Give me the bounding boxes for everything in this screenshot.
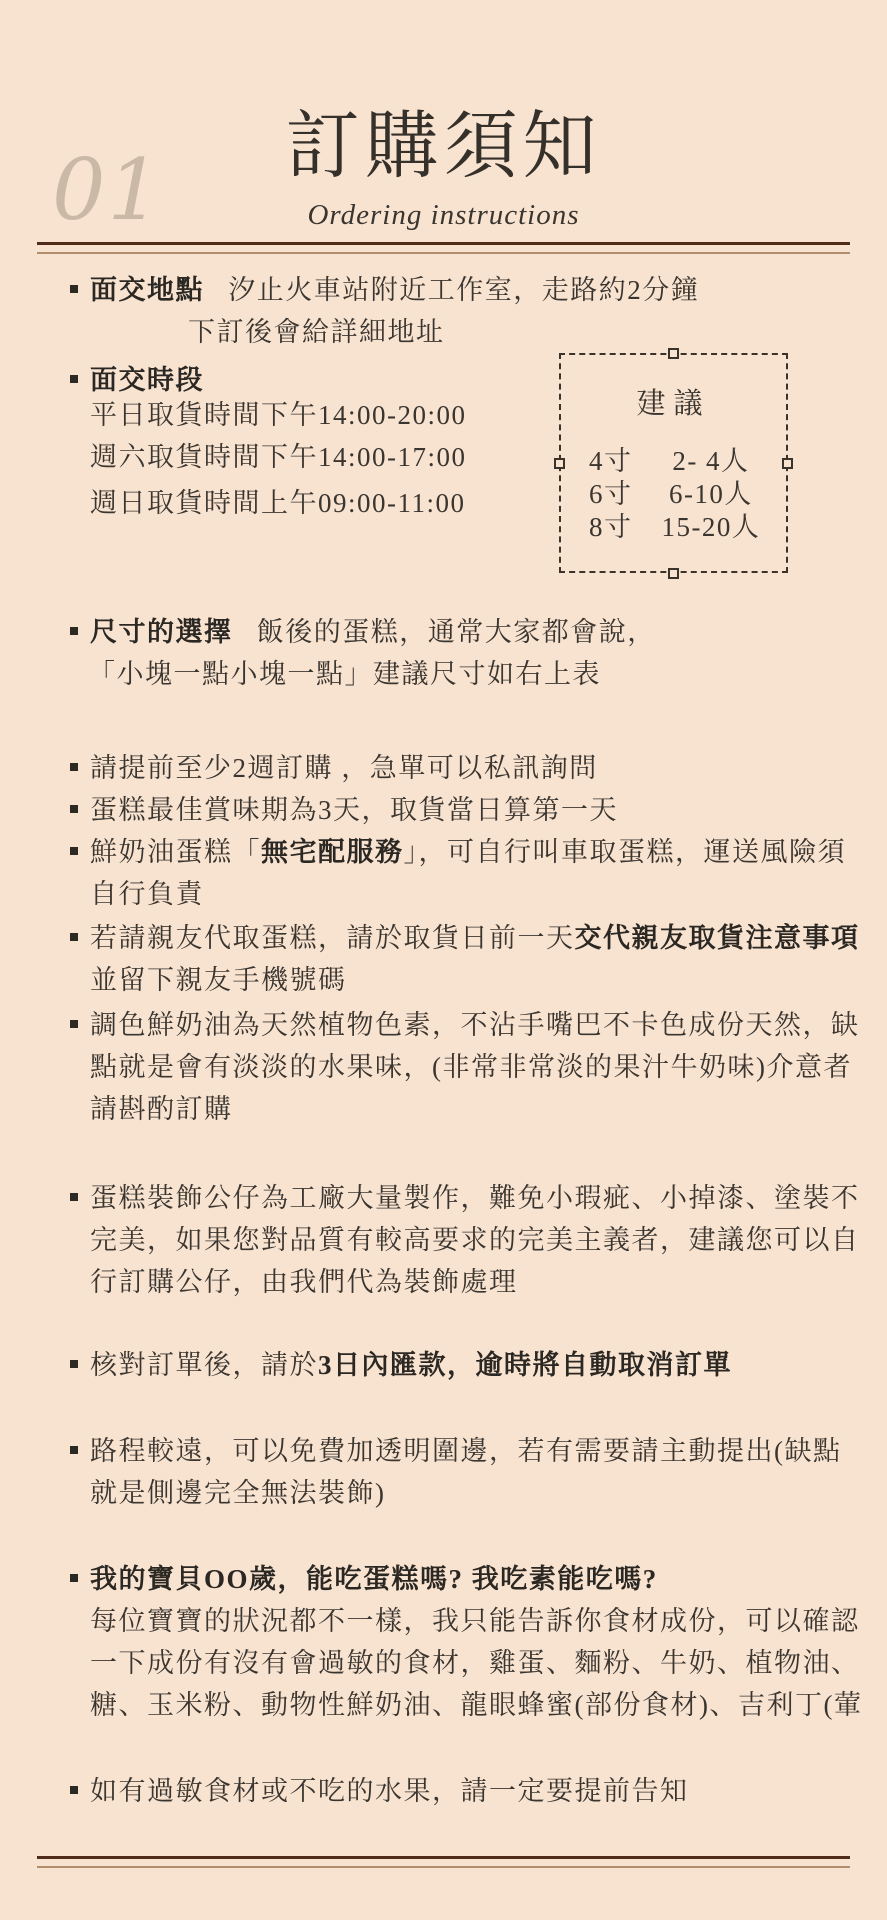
allergy-text: 如有過敏食材或不吃的水果，請一定要提前告知 — [90, 1776, 689, 1806]
rim-line2-text: 就是側邊完全無法裝飾) — [90, 1478, 386, 1508]
bullet-icon — [70, 933, 78, 941]
bottom-rule-dark — [37, 1856, 850, 1859]
no-delivery-continued: 自行負責 — [90, 878, 204, 911]
list-item-meetup-location: 面交地點 汐止火車站附近工作室，走路約2分鐘 — [90, 274, 699, 307]
proxy-pickup-pre: 若請親友代取蛋糕，請於取貨日前一天 — [90, 923, 575, 953]
meetup-location-note-text: 下訂後會給詳細地址 — [188, 317, 445, 347]
page-title: 訂購須知 — [0, 100, 887, 194]
meetup-location-label: 面交地點 — [90, 275, 204, 305]
hours-sunday: 週日取貨時間上午09:00-11:00 — [90, 487, 466, 520]
figurine-line3: 行訂購公仔，由我們代為裝飾處理 — [90, 1266, 518, 1299]
coloring-line2: 點就是會有淡淡的水果味，(非常非常淡的果汁牛奶味)介意者 — [90, 1051, 852, 1084]
top-rule-light — [37, 252, 850, 254]
proxy-pickup-continued-text: 並留下親友手機號碼 — [90, 965, 347, 995]
hours-weekday: 平日取貨時間下午14:00-20:00 — [90, 399, 467, 432]
list-item-meetup-hours: 面交時段 — [90, 364, 204, 397]
no-delivery-post: 」，可自行叫車取蛋糕，運送風險須 — [404, 837, 847, 867]
bullet-icon — [70, 375, 78, 383]
bullet-icon — [70, 1360, 78, 1368]
coloring-line3-text: 請斟酌訂購 — [90, 1094, 233, 1124]
payment-bold: 3日內匯款，逾時將自動取消訂單 — [318, 1350, 732, 1380]
list-item-coloring: 調色鮮奶油為天然植物色素，不沾手嘴巴不卡色成份天然，缺 — [90, 1009, 860, 1042]
proxy-pickup-continued: 並留下親友手機號碼 — [90, 964, 347, 997]
figurine-line1: 蛋糕裝飾公仔為工廠大量製作，難免小瑕疵、小掉漆、塗裝不 — [90, 1183, 860, 1213]
coloring-line1: 調色鮮奶油為天然植物色素，不沾手嘴巴不卡色成份天然，缺 — [90, 1010, 860, 1040]
size-choice-continued: 「小塊一點小塊一點」建議尺寸如右上表 — [88, 658, 601, 691]
order-ahead-text: 請提前至少2週訂購 ，急單可以私訊詢問 — [90, 753, 598, 783]
list-item-baby-question: 我的寶貝OO歲，能吃蛋糕嗎? 我吃素能吃嗎? — [90, 1563, 658, 1596]
selection-handle-left-icon — [554, 458, 565, 469]
baby-line2: 一下成份有沒有會過敏的食材，雞蛋、麵粉、牛奶、植物油、 — [90, 1647, 860, 1680]
list-item-no-delivery: 鮮奶油蛋糕「無宅配服務」，可自行叫車取蛋糕，運送風險須 — [90, 836, 846, 869]
serving-count: 15-20人 — [653, 505, 769, 544]
hours-saturday-text: 週六取貨時間下午14:00-17:00 — [90, 442, 467, 472]
meetup-hours-label: 面交時段 — [90, 365, 204, 395]
list-item-size-choice: 尺寸的選擇 飯後的蛋糕，通常大家都會說， — [90, 616, 656, 649]
size-choice-continued-text: 「小塊一點小塊一點」建議尺寸如右上表 — [88, 659, 601, 689]
coloring-line3: 請斟酌訂購 — [90, 1093, 233, 1126]
baby-question-text: 我的寶貝OO歲，能吃蛋糕嗎? 我吃素能吃嗎? — [90, 1564, 658, 1594]
bullet-icon — [70, 1193, 78, 1201]
figurine-line2: 完美，如果您對品質有較高要求的完美主義者，建議您可以自 — [90, 1224, 860, 1257]
list-item-best-before: 蛋糕最佳賞味期為3天，取貨當日算第一天 — [90, 794, 618, 827]
best-before-text: 蛋糕最佳賞味期為3天，取貨當日算第一天 — [90, 795, 618, 825]
selection-handle-bottom-icon — [668, 568, 679, 579]
proxy-pickup-bold: 交代親友取貨注意事項 — [575, 923, 860, 953]
size-choice-label: 尺寸的選擇 — [90, 617, 233, 647]
hours-weekday-text: 平日取貨時間下午14:00-20:00 — [90, 400, 467, 430]
figurine-line3-text: 行訂購公仔，由我們代為裝飾處理 — [90, 1267, 518, 1297]
list-item-allergy: 如有過敏食材或不吃的水果，請一定要提前告知 — [90, 1775, 689, 1808]
no-delivery-pre: 鮮奶油蛋糕「 — [90, 837, 261, 867]
bullet-icon — [70, 1574, 78, 1582]
suggestion-row: 8寸 15-20人 — [589, 505, 769, 544]
bottom-rule-light — [37, 1866, 850, 1868]
suggestion-box-title: 建議 — [561, 381, 786, 422]
bullet-icon — [70, 1446, 78, 1454]
list-item-figurine: 蛋糕裝飾公仔為工廠大量製作，難免小瑕疵、小掉漆、塗裝不 — [90, 1182, 860, 1215]
bullet-icon — [70, 1786, 78, 1794]
hours-saturday: 週六取貨時間下午14:00-17:00 — [90, 441, 467, 474]
baby-line3-text: 糖、玉米粉、動物性鮮奶油、龍眼蜂蜜(部份食材)、吉利丁(葷 — [90, 1690, 862, 1720]
payment-pre: 核對訂單後，請於 — [90, 1350, 318, 1380]
baby-line1: 每位寶寶的狀況都不一樣，我只能告訴你食材成份，可以確認 — [90, 1605, 860, 1638]
selection-handle-top-icon — [668, 348, 679, 359]
no-delivery-bold: 無宅配服務 — [261, 837, 404, 867]
list-item-order-ahead: 請提前至少2週訂購 ，急單可以私訊詢問 — [90, 752, 598, 785]
baby-line1-text: 每位寶寶的狀況都不一樣，我只能告訴你食材成份，可以確認 — [90, 1606, 860, 1636]
rim-line2: 就是側邊完全無法裝飾) — [90, 1477, 386, 1510]
page-subtitle: Ordering instructions — [0, 198, 887, 232]
bullet-icon — [70, 1020, 78, 1028]
bullet-icon — [70, 805, 78, 813]
selection-handle-right-icon — [782, 458, 793, 469]
baby-line2-text: 一下成份有沒有會過敏的食材，雞蛋、麵粉、牛奶、植物油、 — [90, 1648, 860, 1678]
list-item-payment: 核對訂單後，請於3日內匯款，逾時將自動取消訂單 — [90, 1349, 732, 1382]
size-choice-text: 飯後的蛋糕，通常大家都會說， — [257, 617, 656, 647]
top-rule-dark — [37, 242, 850, 245]
bullet-icon — [70, 285, 78, 293]
coloring-line2-text: 點就是會有淡淡的水果味，(非常非常淡的果汁牛奶味)介意者 — [90, 1052, 852, 1082]
size-suggestion-box: 建議 4寸 2- 4人 6寸 6-10人 8寸 15-20人 — [559, 353, 788, 573]
figurine-line2-text: 完美，如果您對品質有較高要求的完美主義者，建議您可以自 — [90, 1225, 860, 1255]
rim-line1: 路程較遠，可以免費加透明圍邊，若有需要請主動提出(缺點 — [90, 1436, 842, 1466]
cake-size: 8寸 — [589, 505, 653, 544]
meetup-location-address: 汐止火車站附近工作室，走路約2分鐘 — [228, 275, 699, 305]
hours-sunday-text: 週日取貨時間上午09:00-11:00 — [90, 488, 466, 518]
meetup-location-note: 下訂後會給詳細地址 — [188, 316, 445, 349]
baby-line3: 糖、玉米粉、動物性鮮奶油、龍眼蜂蜜(部份食材)、吉利丁(葷 — [90, 1689, 862, 1722]
list-item-proxy-pickup: 若請親友代取蛋糕，請於取貨日前一天交代親友取貨注意事項 — [90, 922, 860, 955]
bullet-icon — [70, 627, 78, 635]
no-delivery-continued-text: 自行負責 — [90, 879, 204, 909]
bullet-icon — [70, 847, 78, 855]
list-item-rim: 路程較遠，可以免費加透明圍邊，若有需要請主動提出(缺點 — [90, 1435, 842, 1468]
bullet-icon — [70, 763, 78, 771]
